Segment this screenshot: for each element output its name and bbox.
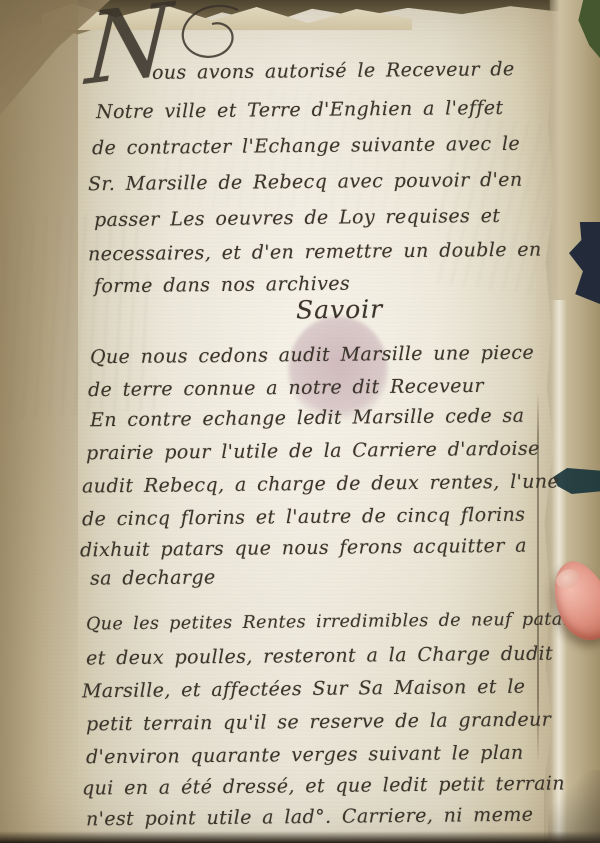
dark-bottom-edge (0, 831, 600, 843)
manuscript-line-5: passer Les oeuvres de Loy requises et (94, 205, 501, 231)
manuscript-line-14: de cincq florins et l'autre de cincq flo… (82, 504, 526, 531)
manuscript-line-3: de contracter l'Echange suivante avec le (92, 133, 520, 159)
manuscript-line-19: Marsille, et affectées Sur Sa Maison et … (82, 676, 526, 703)
manuscript-line-15: dixhuit patars que nous ferons acquitter… (80, 535, 527, 562)
left-edge-shading (0, 0, 78, 843)
manuscript-line-2: Notre ville et Terre d'Enghien a l'effet (96, 97, 504, 123)
manuscript-line-7: forme dans nos archives (94, 273, 350, 298)
calligraphic-initial-letter: N (84, 0, 174, 100)
manuscript-line-8: Savoir (296, 295, 383, 325)
manuscript-line-21: d'environ quarante verges suivant le pla… (86, 742, 524, 769)
manuscript-line-16: sa decharge (90, 566, 216, 589)
manuscript-line-23: n'est point utile a lad°. Carriere, ni m… (86, 804, 534, 831)
manuscript-line-9: Que nous cedons audit Marsille une piece (90, 342, 534, 369)
manuscript-line-10: de terre connue a notre dit Receveur (88, 375, 484, 401)
manuscript-line-1: ous avons autorisé le Receveur de (152, 58, 515, 84)
manuscript-photo: N ous avons autorisé le Receveur deNotre… (0, 0, 600, 843)
manuscript-line-11: En contre echange ledit Marsille cede sa (90, 405, 525, 432)
manuscript-line-4: Sr. Marsille de Rebecq avec pouvoir d'en (88, 169, 523, 196)
